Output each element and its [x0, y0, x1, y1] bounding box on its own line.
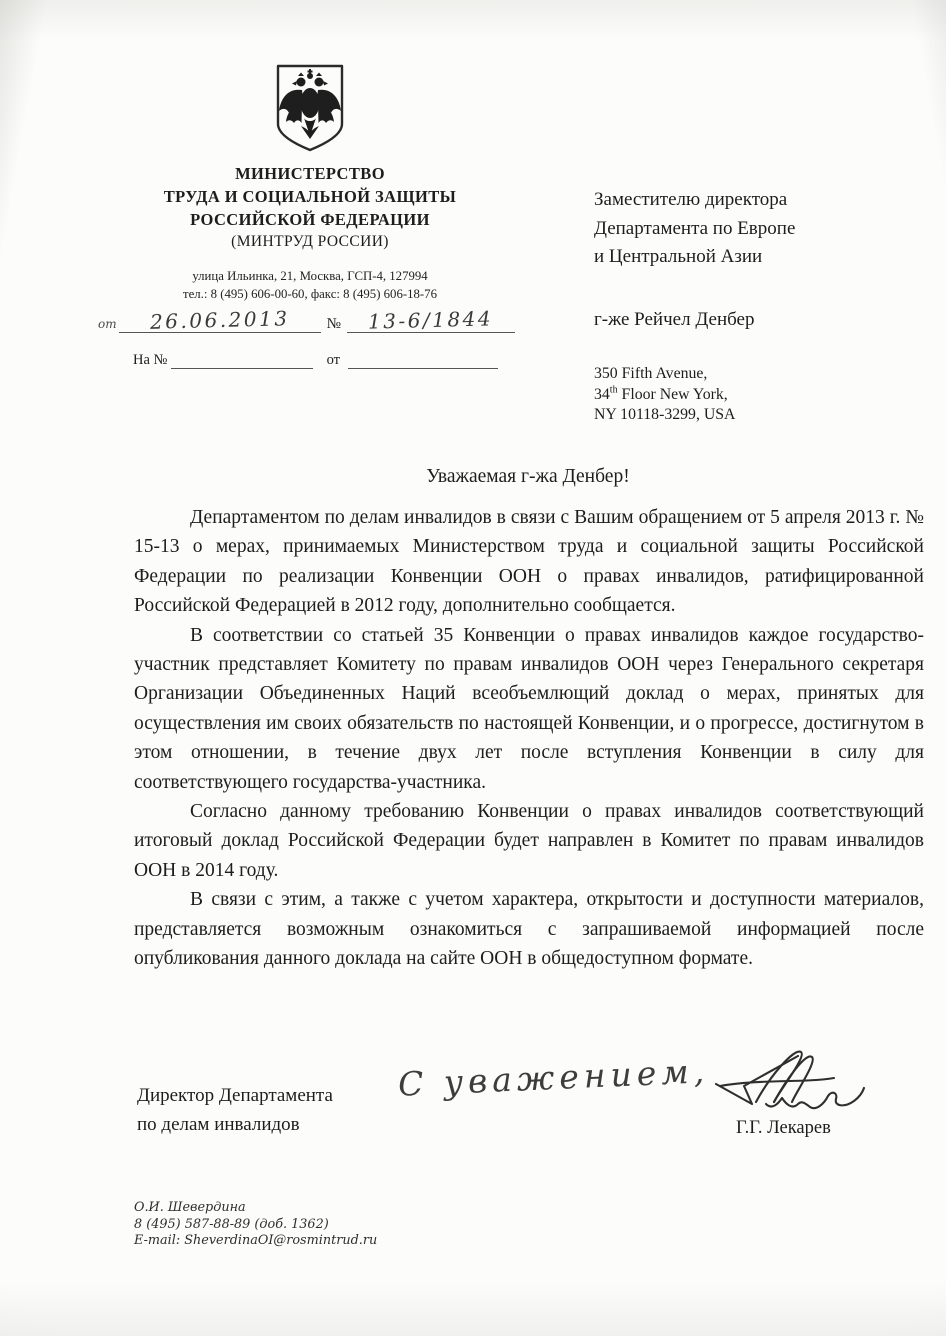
body-paragraph-4: В связи с этим, а также с учетом характе…	[134, 885, 924, 973]
reply-from-label: от	[327, 352, 340, 368]
recipient-title-line3: и Центральной Азии	[594, 243, 929, 272]
ministry-postal-address: улица Ильинка, 21, Москва, ГСП-4, 127994	[70, 268, 550, 286]
ministry-phone-fax: тел.: 8 (495) 606-00-60, факс: 8 (495) 6…	[70, 286, 550, 304]
recipient-address: 350 Fifth Avenue, 34th Floor New York, N…	[594, 364, 929, 426]
reply-date-blank	[348, 353, 498, 369]
recipient-address-line1: 350 Fifth Avenue,	[594, 364, 929, 385]
closing-handwritten: С уважением,	[397, 1051, 710, 1104]
executor-phone: 8 (495) 587-88-89 (доб. 1362)	[134, 1217, 377, 1234]
outgoing-number-handwritten: 13-6/1844	[368, 306, 494, 333]
outgoing-date-handwritten: 26.06.2013	[150, 306, 290, 334]
ministry-name-line1: МИНИСТЕРСТВО	[70, 162, 550, 185]
reply-number-blank	[171, 353, 313, 369]
number-sign: №	[327, 316, 341, 332]
signer-name: Г.Г. Лекарев	[736, 1118, 831, 1139]
recipient-title-line2: Департамента по Европе	[594, 215, 929, 244]
executor-contact-block: О.И. Шевердина 8 (495) 587-88-89 (доб. 1…	[134, 1200, 377, 1250]
letter-body: Департаментом по делам инвалидов в связи…	[134, 503, 924, 974]
body-paragraph-2: В соответствии со статьей 35 Конвенции о…	[134, 621, 924, 797]
outgoing-number-field: 13-6/1844	[347, 308, 515, 333]
recipient-block: Заместителю директора Департамента по Ев…	[594, 186, 929, 426]
russia-coat-of-arms-icon	[272, 62, 348, 156]
recipient-address-line3: NY 10118-3299, USA	[594, 405, 929, 426]
body-paragraph-3: Согласно данному требованию Конвенции о …	[134, 797, 924, 885]
reply-reference-row: На № от	[133, 352, 498, 369]
body-paragraph-1: Департаментом по делам инвалидов в связи…	[134, 503, 924, 621]
handwritten-signature-icon	[706, 1044, 878, 1126]
letterhead: МИНИСТЕРСТВО ТРУДА И СОЦИАЛЬНОЙ ЗАЩИТЫ Р…	[70, 62, 550, 303]
outgoing-date-prefix: от	[98, 317, 117, 331]
signer-position: Директор Департамента по делам инвалидов	[137, 1082, 333, 1139]
ministry-name-line3: РОССИЙСКОЙ ФЕДЕРАЦИИ	[70, 208, 550, 231]
salutation: Уважаемая г-жа Денбер!	[134, 466, 922, 488]
recipient-address-line2: 34th Floor New York,	[594, 385, 929, 406]
outgoing-reference-row: от26.06.2013№13-6/1844	[98, 308, 528, 338]
ministry-short-name: (МИНТРУД РОССИИ)	[70, 231, 550, 253]
executor-name: О.И. Шевердина	[134, 1200, 377, 1217]
reply-to-label: На №	[133, 352, 167, 368]
ministry-name-line2: ТРУДА И СОЦИАЛЬНОЙ ЗАЩИТЫ	[70, 185, 550, 208]
recipient-name: г-же Рейчел Денбер	[594, 306, 929, 335]
outgoing-date-field: 26.06.2013	[119, 308, 321, 333]
executor-email: E-mail: SheverdinaOI@rosmintrud.ru	[134, 1233, 377, 1250]
recipient-title-line1: Заместителю директора	[594, 186, 929, 215]
signer-position-line1: Директор Департамента	[137, 1082, 333, 1111]
scanned-letter-page: МИНИСТЕРСТВО ТРУДА И СОЦИАЛЬНОЙ ЗАЩИТЫ Р…	[0, 0, 946, 1336]
signer-position-line2: по делам инвалидов	[137, 1111, 333, 1140]
